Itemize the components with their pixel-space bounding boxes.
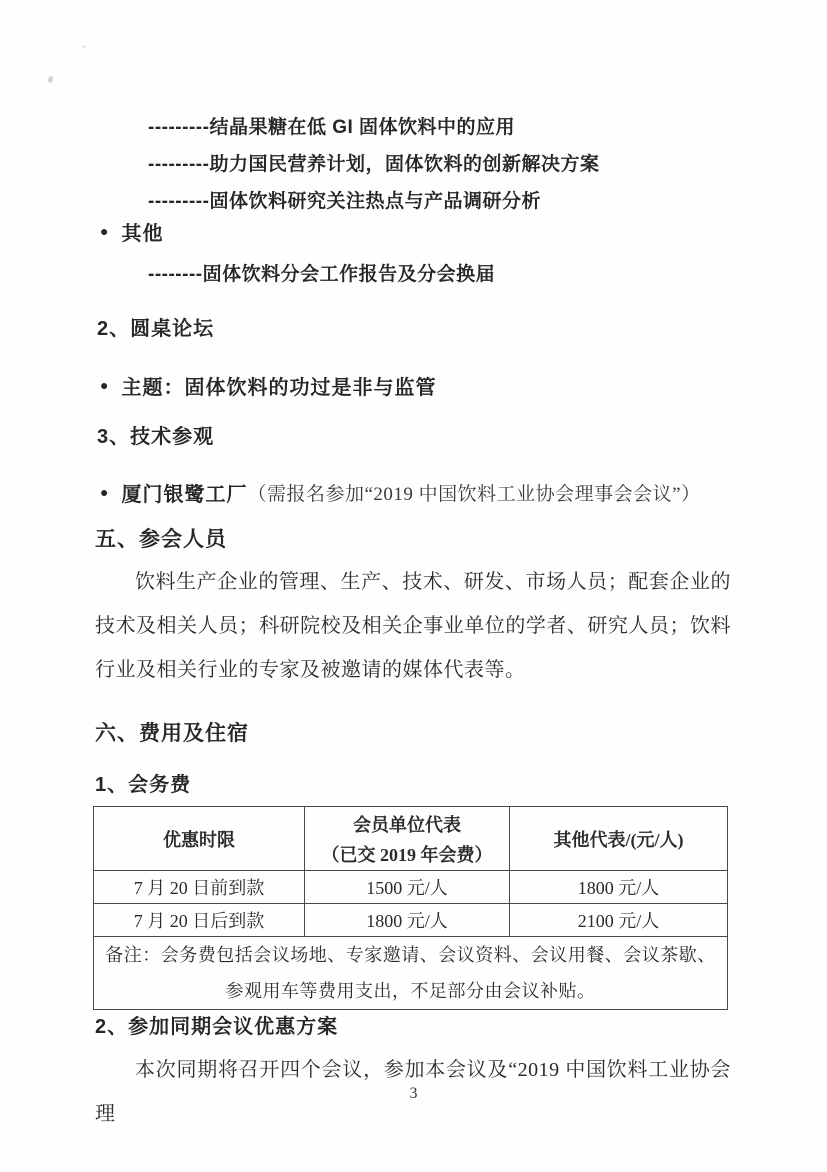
fee-cell-other-price: 2100 元/人 xyxy=(510,904,728,937)
fees-heading: 六、费用及住宿 xyxy=(95,717,249,747)
scan-artifact xyxy=(82,45,86,48)
roundtable-heading: 2、圆桌论坛 xyxy=(97,312,214,341)
participants-paragraph: 饮料生产企业的管理、生产、技术、研发、市场人员；配套企业的技术及相关人员；科研院… xyxy=(95,560,731,692)
fee-table-row: 7 月 20 日前到款 1500 元/人 1800 元/人 xyxy=(94,871,728,904)
visit-bullet-row: ● 厦门银鹭工厂 （需报名参加“2019 中国饮料工业协会理事会会议”） xyxy=(100,478,701,507)
other-topic-line: --------固体饮料分会工作报告及分会换届 xyxy=(148,259,495,286)
fee-table-header-period: 优惠时限 xyxy=(94,807,305,871)
page-number: 3 xyxy=(0,1085,827,1103)
other-label: 其他 xyxy=(121,217,163,246)
fee-table-row: 7 月 20 日后到款 1800 元/人 2100 元/人 xyxy=(94,904,728,937)
discount-heading: 2、参加同期会议优惠方案 xyxy=(95,1010,338,1039)
fee-cell-member-price: 1500 元/人 xyxy=(305,871,510,904)
tech-visit-heading: 3、技术参观 xyxy=(97,420,214,449)
fee-sub-heading: 1、会务费 xyxy=(95,768,191,797)
fee-cell-other-price: 1800 元/人 xyxy=(510,871,728,904)
fee-table-note-row: 备注：会务费包括会议场地、专家邀请、会议资料、会议用餐、会议茶歇、参观用车等费用… xyxy=(94,937,728,1010)
topic-line: ---------结晶果糖在低 GI 固体饮料中的应用 xyxy=(148,112,515,139)
fee-cell-period: 7 月 20 日前到款 xyxy=(94,871,305,904)
participants-heading: 五、参会人员 xyxy=(95,523,227,553)
visit-note: （需报名参加“2019 中国饮料工业协会理事会会议”） xyxy=(247,479,700,506)
fee-table: 优惠时限 会员单位代表 （已交 2019 年会费） 其他代表/(元/人) 7 月… xyxy=(93,806,728,1010)
bullet-icon: ● xyxy=(100,380,108,394)
fee-cell-period: 7 月 20 日后到款 xyxy=(94,904,305,937)
other-bullet-row: ● 其他 xyxy=(100,217,163,246)
fee-table-header-member-label: 会员单位代表 xyxy=(353,815,461,835)
topic-line: ---------助力国民营养计划，固体饮料的创新解决方案 xyxy=(148,149,599,176)
fee-cell-member-price: 1800 元/人 xyxy=(305,904,510,937)
bullet-icon: ● xyxy=(100,487,108,501)
roundtable-theme: 主题：固体饮料的功过是非与监管 xyxy=(121,371,436,400)
theme-bullet-row: ● 主题：固体饮料的功过是非与监管 xyxy=(100,371,436,400)
fee-table-header-member: 会员单位代表 （已交 2019 年会费） xyxy=(305,807,510,871)
scan-artifact xyxy=(47,75,54,83)
topic-line: ---------固体饮料研究关注热点与产品调研分析 xyxy=(148,186,541,213)
document-page: ---------结晶果糖在低 GI 固体饮料中的应用 ---------助力国… xyxy=(0,0,827,1172)
bullet-icon: ● xyxy=(100,226,108,240)
fee-table-header-other: 其他代表/(元/人) xyxy=(510,807,728,871)
fee-table-note: 备注：会务费包括会议场地、专家邀请、会议资料、会议用餐、会议茶歇、参观用车等费用… xyxy=(94,937,728,1010)
fee-table-header-row: 优惠时限 会员单位代表 （已交 2019 年会费） 其他代表/(元/人) xyxy=(94,807,728,871)
fee-table-header-member-sublabel: （已交 2019 年会费） xyxy=(311,841,503,867)
visit-site: 厦门银鹭工厂 xyxy=(121,478,247,507)
